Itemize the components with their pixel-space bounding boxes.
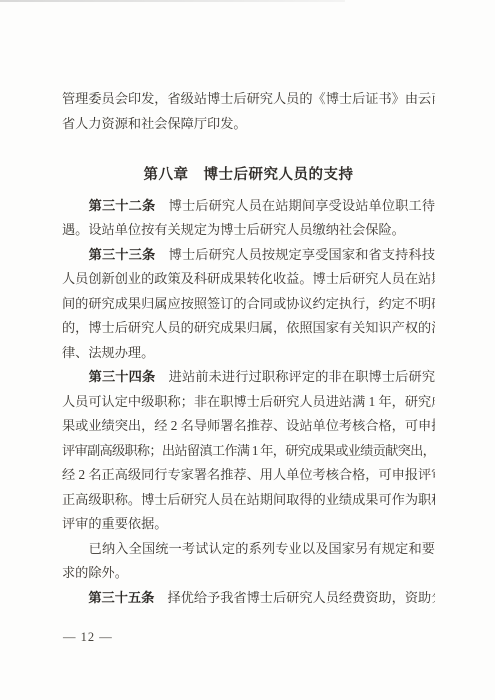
text-segment: 博士后研究人员按规定享受国家和省支持科技 bbox=[155, 247, 435, 262]
text-segment: 评审的重要依据。 bbox=[62, 516, 168, 531]
text-segment: 经 2 名正高级同行专家署名推荐、用人单位考核合格，可申报评审 bbox=[62, 467, 435, 482]
document-page: 管理委员会印发，省级站博士后研究人员的《博士后证书》由云南省人力资源和社会保障厅… bbox=[0, 0, 495, 700]
text-line: 遇。设站单位按有关规定为博士后研究人员缴纳社会保险。 bbox=[62, 218, 435, 243]
body-text: 管理委员会印发，省级站博士后研究人员的《博士后证书》由云南省人力资源和社会保障厅… bbox=[62, 87, 435, 610]
text-segment bbox=[62, 369, 89, 384]
text-segment bbox=[62, 198, 89, 213]
article-number: 第三十二条 bbox=[89, 198, 156, 213]
text-line: 第三十二条 博士后研究人员在站期间享受设站单位职工待 bbox=[62, 194, 435, 219]
page-number: — 12 — bbox=[63, 628, 113, 646]
chapter-heading: 第八章 博士后研究人员的支持 bbox=[62, 163, 435, 188]
text-segment: 择优给予我省博士后研究人员经费资助，资助分 bbox=[154, 590, 435, 605]
text-segment: 律、法规办理。 bbox=[62, 345, 154, 360]
text-line: 经 2 名正高级同行专家署名推荐、用人单位考核合格，可申报评审 bbox=[62, 463, 435, 488]
article-number: 第三十四条 bbox=[89, 369, 156, 384]
text-segment: 求的除外。 bbox=[62, 565, 128, 580]
text-line: 管理委员会印发，省级站博士后研究人员的《博士后证书》由云南 bbox=[62, 87, 435, 112]
text-segment: 间的研究成果归属应按照签订的合同或协议约定执行，约定不明确 bbox=[62, 296, 435, 311]
text-line: 正高级职称。博士后研究人员在站期间取得的业绩成果可作为职称 bbox=[62, 488, 435, 513]
text-line: 第三十五条 择优给予我省博士后研究人员经费资助，资助分 bbox=[62, 586, 435, 611]
text-segment bbox=[62, 590, 88, 605]
text-line: 人员可认定中级职称；非在职博士后研究人员进站满 1 年，研究成 bbox=[62, 390, 435, 415]
text-line: 评审副高级职称；出站留滇工作满 1 年，研究成果或业绩贡献突出， bbox=[62, 439, 435, 464]
scan-artifact-top bbox=[0, 0, 345, 2]
text-line: 果或业绩突出，经 2 名导师署名推荐、设站单位考核合格，可申报 bbox=[62, 414, 435, 439]
article-number: 第三十三条 bbox=[89, 247, 156, 262]
text-line: 间的研究成果归属应按照签订的合同或协议约定执行，约定不明确 bbox=[62, 292, 435, 317]
text-segment: 省人力资源和社会保障厅印发。 bbox=[62, 116, 247, 131]
text-segment: 已纳入全国统一考试认定的系列专业以及国家另有规定和要 bbox=[62, 541, 435, 556]
text-segment: 人员可认定中级职称；非在职博士后研究人员进站满 1 年，研究成 bbox=[62, 394, 435, 409]
article-number: 第三十五条 bbox=[88, 590, 154, 605]
text-segment: 的，博士后研究人员的研究成果归属，依照国家有关知识产权的法 bbox=[62, 320, 435, 335]
text-line: 省人力资源和社会保障厅印发。 bbox=[62, 112, 435, 137]
text-segment: 正高级职称。博士后研究人员在站期间取得的业绩成果可作为职称 bbox=[62, 492, 435, 507]
text-segment bbox=[62, 247, 89, 262]
text-line: 求的除外。 bbox=[62, 561, 435, 586]
text-line: 第三十四条 进站前未进行过职称评定的非在职博士后研究 bbox=[62, 365, 435, 390]
text-segment: 人员创新创业的政策及科研成果转化收益。博士后研究人员在站期 bbox=[62, 271, 435, 286]
text-segment: 管理委员会印发，省级站博士后研究人员的《博士后证书》由云南 bbox=[62, 91, 435, 106]
text-line: 已纳入全国统一考试认定的系列专业以及国家另有规定和要 bbox=[62, 537, 435, 562]
text-line: 律、法规办理。 bbox=[62, 341, 435, 366]
text-line: 人员创新创业的政策及科研成果转化收益。博士后研究人员在站期 bbox=[62, 267, 435, 292]
text-segment: 遇。设站单位按有关规定为博士后研究人员缴纳社会保险。 bbox=[62, 222, 405, 237]
text-segment: 进站前未进行过职称评定的非在职博士后研究 bbox=[155, 369, 435, 384]
text-line: 评审的重要依据。 bbox=[62, 512, 435, 537]
text-segment: 果或业绩突出，经 2 名导师署名推荐、设站单位考核合格，可申报 bbox=[62, 418, 435, 433]
text-line: 的，博士后研究人员的研究成果归属，依照国家有关知识产权的法 bbox=[62, 316, 435, 341]
text-segment: 评审副高级职称；出站留滇工作满 1 年，研究成果或业绩贡献突出， bbox=[62, 443, 435, 458]
text-segment: 博士后研究人员在站期间享受设站单位职工待 bbox=[155, 198, 435, 213]
text-line: 第三十三条 博士后研究人员按规定享受国家和省支持科技 bbox=[62, 243, 435, 268]
